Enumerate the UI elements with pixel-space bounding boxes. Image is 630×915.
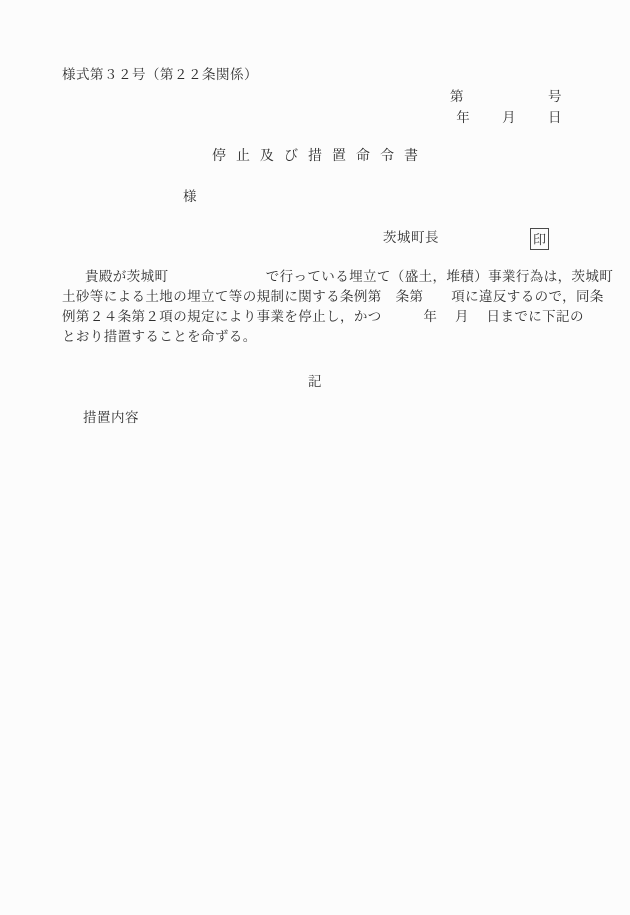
issuer-name: 茨城町長 xyxy=(383,231,439,245)
body-line-2: 土砂等による土地の埋立て等の規制に関する条例第 条第 項に違反するので，同条 xyxy=(62,287,602,307)
seal-label: 印 xyxy=(533,233,546,246)
document-title: 停止及び措置命令書 xyxy=(0,150,630,164)
addressee-suffix: 様 xyxy=(183,190,197,204)
body-line-4: とおり措置することを命ずる。 xyxy=(62,327,602,347)
body-line-1: 貴殿が茨城町 で行っている埋立て（盛土，堆積）事業行為は，茨城町 xyxy=(62,267,602,287)
form-number: 様式第３２号（第２２条関係） xyxy=(62,68,258,82)
record-marker: 記 xyxy=(0,375,630,389)
issue-number-line: 第 号 xyxy=(450,90,562,104)
measures-label: 措置内容 xyxy=(83,411,139,425)
body-paragraph: 貴殿が茨城町 で行っている埋立て（盛土，堆積）事業行為は，茨城町 土砂等による土… xyxy=(62,267,602,347)
body-line-3: 例第２４条第２項の規定により事業を停止し，かつ 年 月 日までに下記の xyxy=(62,307,602,327)
seal-box: 印 xyxy=(530,228,549,250)
date-line: 年 月 日 xyxy=(456,111,562,125)
document-page: 様式第３２号（第２２条関係） 第 号 年 月 日 停止及び措置命令書 様 茨城町… xyxy=(0,0,630,915)
